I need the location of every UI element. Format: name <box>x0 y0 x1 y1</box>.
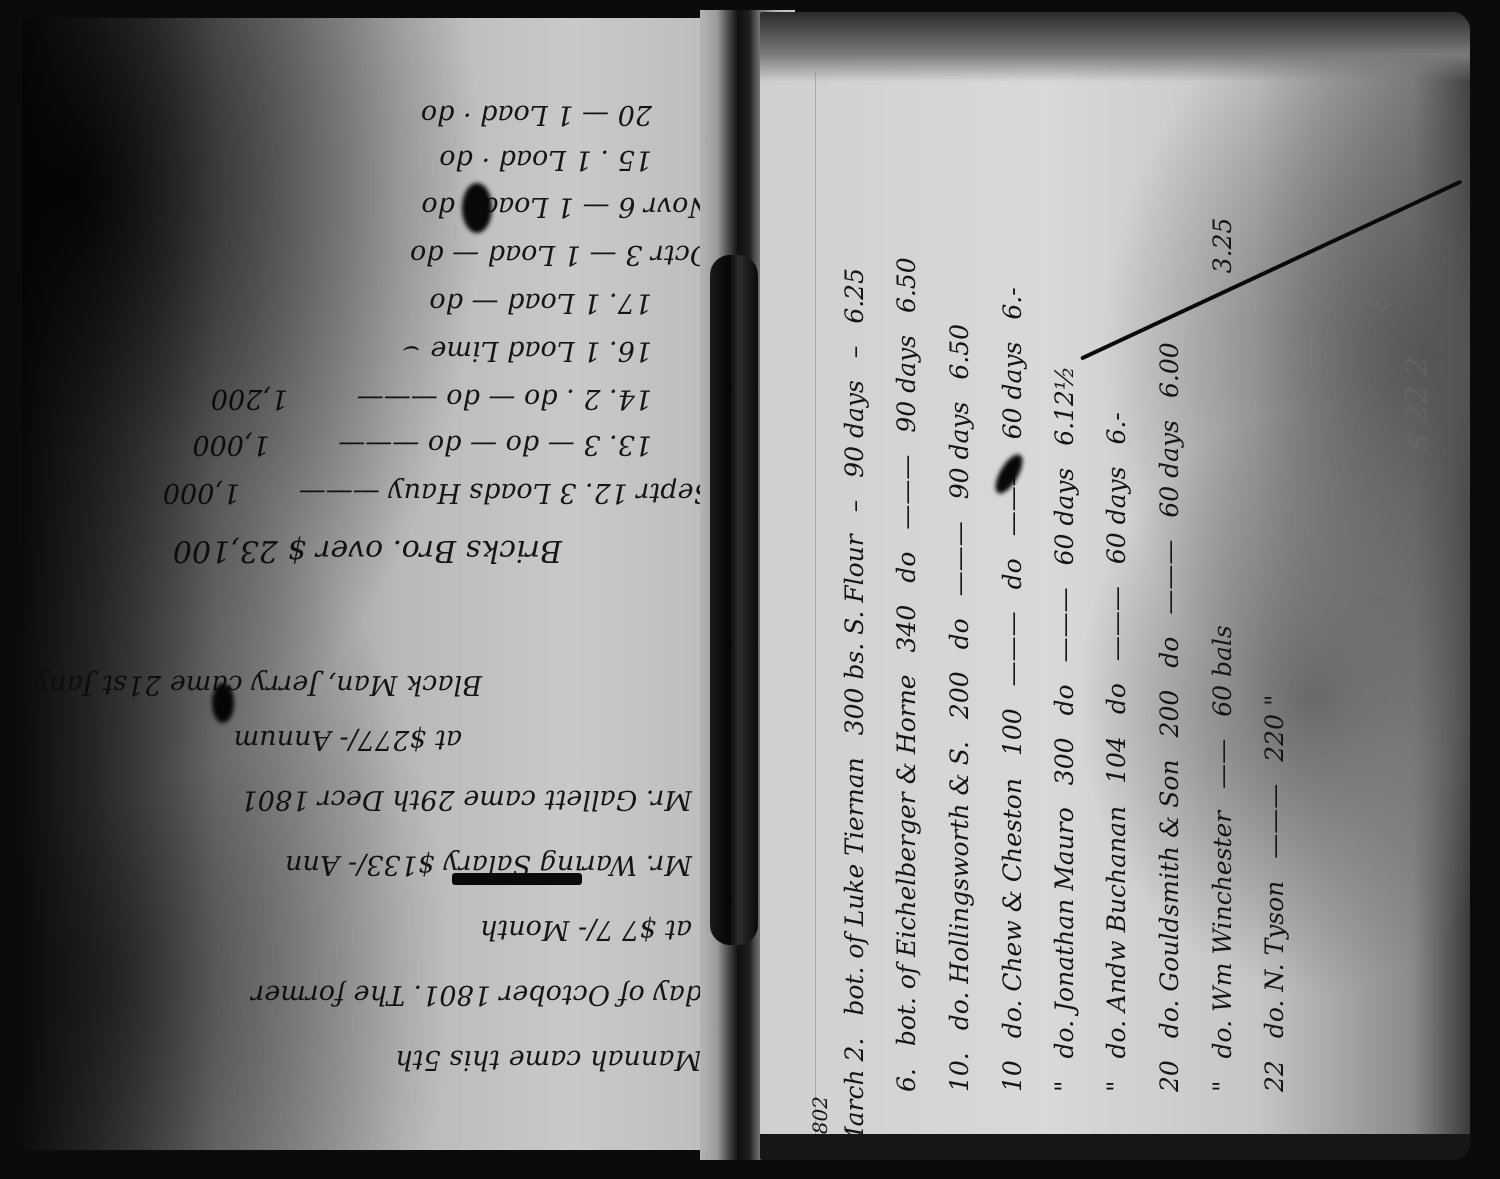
ink-cross-line <box>1080 180 1462 361</box>
ledger-year: 1802 <box>808 1096 832 1147</box>
ledger-row: 20do. Gouldsmith & Son200do———60 days6.0… <box>1155 320 1184 1152</box>
note-line: at $7 7/- Month <box>480 914 692 945</box>
ledger-row: 10do. Chew & Cheston100———do———60 days6.… <box>998 265 1027 1152</box>
ink-strikeout <box>452 873 582 885</box>
brick-line: 17. 1 Load — do <box>429 287 652 318</box>
brick-line: 15 . 1 Load · do <box>439 144 652 175</box>
note-line: at $277/- Annum <box>234 724 462 755</box>
note-line: Mr. Gallett came 29th Decr 1801 <box>241 784 692 815</box>
brick-line: 14. 2 . do — do ——— 1,200 <box>211 383 652 414</box>
brick-line: Bricks Bro. over $ 23,100 <box>173 533 562 568</box>
note-line: Black Man, Jerry came 21st Jany 1802 <box>22 669 482 700</box>
ledger-row: 6.bot. of Eichelberger & Horne340do———90… <box>892 235 921 1152</box>
ledger-photo: 20 — 1 Load · do 15 . 1 Load · do Novr 6… <box>0 0 1500 1179</box>
right-page: 1802 March 2.bot. of Luke Tiernan300 bs.… <box>760 12 1470 1160</box>
ledger-row: 22do. N. Tyson———220 " <box>1260 673 1289 1152</box>
ghost-show-through-text: $ <box>1360 293 1395 312</box>
spine-binding-thread <box>710 255 758 945</box>
ledger-row: "do. Andw Buchanan104do———60 days6.- <box>1102 390 1131 1152</box>
brick-line: Septr 12. 3 Loads Hauy ——— 1,000 <box>163 477 712 508</box>
ledger-row: 10.do. Hollingsworth & S.200do———90 days… <box>945 302 974 1152</box>
note-line: day of October 1801. The former <box>251 979 702 1010</box>
left-page-text-block: 20 — 1 Load · do 15 . 1 Load · do Novr 6… <box>22 18 712 1150</box>
brick-line: Novr 6 — 1 Load · do <box>421 191 712 222</box>
note-line: Mannah came this 5th <box>395 1044 702 1075</box>
brick-line: 13. 3 — do — do ——— 1,000 <box>192 429 652 460</box>
note-line: Mr. Waring Salary $133/- Ann <box>285 849 692 880</box>
ruled-margin-line <box>815 72 816 1152</box>
left-page: 20 — 1 Load · do 15 . 1 Load · do Novr 6… <box>22 18 712 1150</box>
ink-blot <box>212 683 234 723</box>
brick-line: 16. 1 Load Lime ⌣ <box>404 334 652 366</box>
ink-blot <box>462 183 492 233</box>
ledger-row: March 2.bot. of Luke Tiernan300 bs. S. F… <box>840 246 869 1152</box>
ledger-row: "do. Jonathan Mauro300do———60 days6.12½ <box>1050 344 1079 1152</box>
brick-line: Octr 3 — 1 Load — do <box>410 239 712 270</box>
ghost-show-through-text: $ <box>1360 593 1395 612</box>
brick-line: 20 — 1 Load · do <box>421 99 652 130</box>
ghost-show-through-text: $ 22 2 <box>1400 357 1435 452</box>
ledger-row: "do. Wm Winchester——60 bals3.25 <box>1208 196 1237 1152</box>
